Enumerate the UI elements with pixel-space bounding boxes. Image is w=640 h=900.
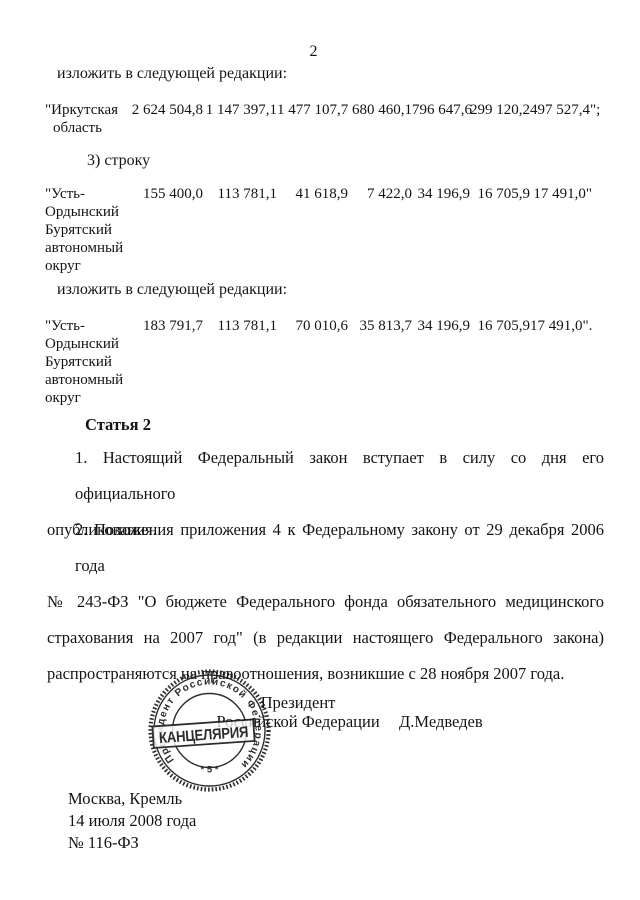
table-cell: 16 705,9: [470, 185, 530, 275]
chancellery-seal-stamp-icon: Президент Российской Федерации * 5 * КАН…: [146, 667, 273, 794]
row-label: "Усть-Ордынский Бурятский автономный окр…: [45, 185, 120, 275]
table-cell: 7 422,0: [348, 185, 412, 275]
table-cell: 497 527,4";: [530, 101, 592, 137]
table-cell: 155 400,0: [120, 185, 203, 275]
table-cell: 34 196,9: [412, 185, 470, 275]
budget-row-ust-orda-new: "Усть-Ордынский Бурятский автономный окр…: [45, 317, 592, 407]
table-cell: 113 781,1: [203, 185, 277, 275]
table-cell: 796 647,6: [412, 101, 470, 137]
table-cell: 1 477 107,7: [277, 101, 348, 137]
page-number: 2: [0, 43, 627, 61]
budget-row-irkutsk: "Иркутская область 2 624 504,8 1 147 397…: [45, 101, 592, 137]
paragraph-line: 1. Настоящий Федеральный закон вступает …: [47, 440, 604, 512]
table-cell: 35 813,7: [348, 317, 412, 407]
paragraph-line: распространяются на правоотношения, возн…: [47, 656, 604, 692]
row-label: "Иркутская область: [45, 101, 120, 137]
table-cell: 17 491,0": [530, 185, 592, 275]
table-cell: 17 491,0".: [530, 317, 592, 407]
clause-3-label: 3) строку: [87, 152, 150, 170]
table-cell: 2 624 504,8: [120, 101, 203, 137]
table-cell: 1 147 397,1: [203, 101, 277, 137]
issue-details-block: Москва, Кремль 14 июля 2008 года № 116-Ф…: [68, 788, 196, 854]
issue-date: 14 июля 2008 года: [68, 810, 196, 832]
signature-name: Д.Медведев: [399, 712, 483, 732]
issue-place: Москва, Кремль: [68, 788, 196, 810]
table-cell: 16 705,9: [470, 317, 530, 407]
budget-row-ust-orda-old: "Усть-Ордынский Бурятский автономный окр…: [45, 185, 592, 275]
law-document-page: 2 изложить в следующей редакции: "Иркутс…: [0, 0, 640, 900]
law-number: № 116-ФЗ: [68, 832, 196, 854]
table-cell: 34 196,9: [412, 317, 470, 407]
article-2-paragraph-2: 2. Положения приложения 4 к Федеральному…: [47, 512, 604, 692]
paragraph-line: страхования на 2007 год" (в редакции нас…: [47, 620, 604, 656]
table-cell: 41 618,9: [277, 185, 348, 275]
paragraph-line: 2. Положения приложения 4 к Федеральному…: [47, 512, 604, 584]
paragraph-line: № 243-ФЗ "О бюджете Федерального фонда о…: [47, 584, 604, 620]
edit-instruction-2: изложить в следующей редакции:: [57, 281, 287, 299]
table-cell: 299 120,2: [470, 101, 530, 137]
edit-instruction-1: изложить в следующей редакции:: [57, 65, 287, 83]
table-cell: 70 010,6: [277, 317, 348, 407]
table-cell: 113 781,1: [203, 317, 277, 407]
table-cell: 680 460,1: [348, 101, 412, 137]
article-2-heading: Статья 2: [85, 415, 151, 435]
row-label: "Усть-Ордынский Бурятский автономный окр…: [45, 317, 120, 407]
table-cell: 183 791,7: [120, 317, 203, 407]
stamp-number-text: * 5 *: [201, 765, 219, 776]
